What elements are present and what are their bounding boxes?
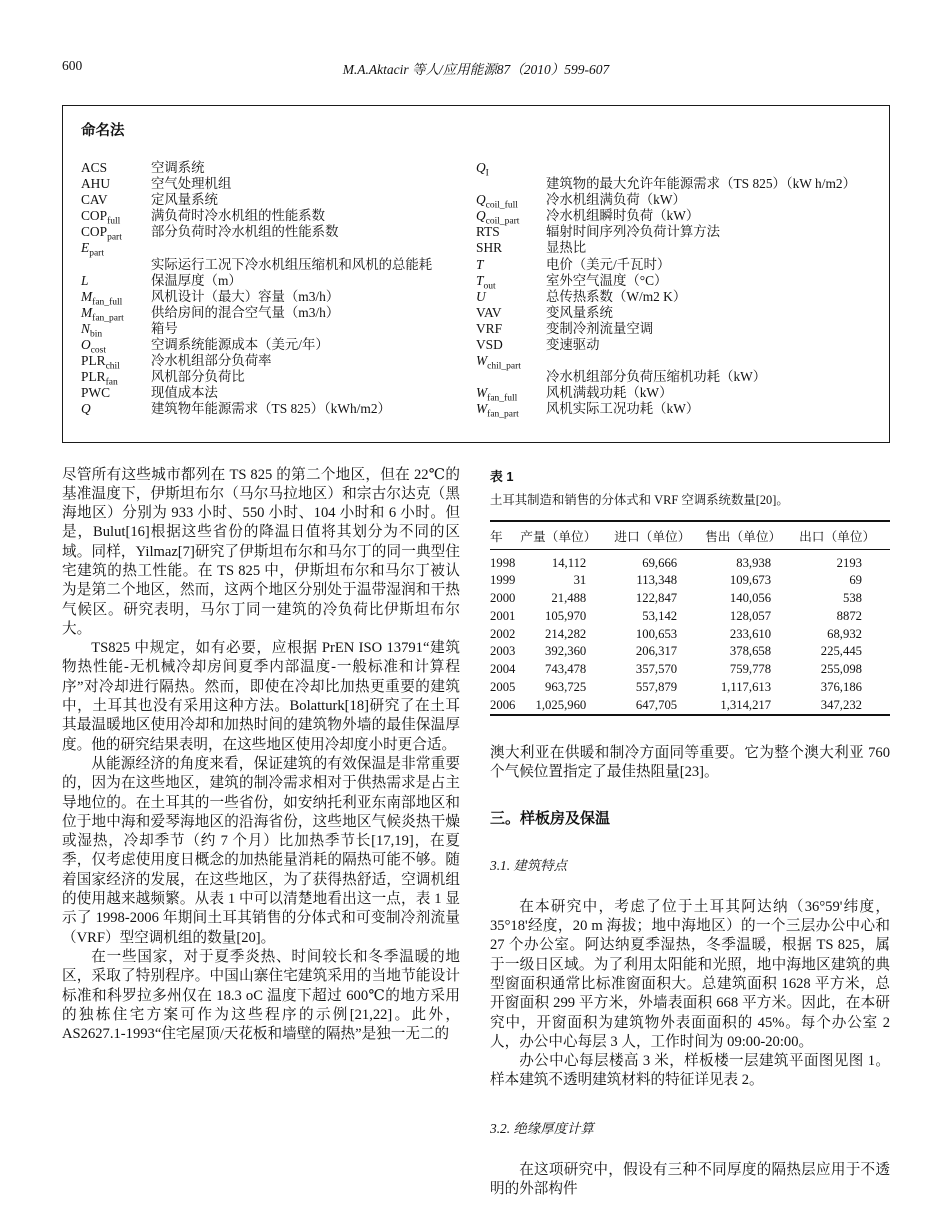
paragraph: TS825 中规定，如有必要，应根据 PrEN ISO 13791“建筑物热性能… (62, 639, 460, 755)
nomenclature-symbol: L (81, 273, 151, 289)
nomenclature-symbol: Nbin (81, 321, 151, 337)
nomenclature-entry: COPfull满负荷时冷水机组的性能系数 (81, 208, 464, 224)
table-row: 199931113,348109,67369 (490, 572, 890, 590)
journal-header: M.A.Aktacir 等人/应用能源87（2010）599-607 (62, 58, 890, 78)
nomenclature-symbol: CAV (81, 192, 151, 208)
nomenclature-entry: VSD变速驱动 (476, 337, 871, 353)
nomenclature-entry: Mfan_part供给房间的混合空气量（m3/h） (81, 305, 464, 321)
table-cell: 31 (520, 572, 614, 590)
nomenclature-symbol: PLRfan (81, 369, 151, 385)
table-cell: 255,098 (799, 661, 890, 679)
table-cell: 53,142 (614, 607, 705, 625)
table-cell: 128,057 (705, 607, 799, 625)
nomenclature-symbol: ACS (81, 160, 151, 176)
ac-sales-table: 年产量（单位）进口（单位）售出（单位）出口（单位） 199814,11269,6… (490, 520, 890, 717)
nomenclature-entry: Wfan_part风机实际工况功耗（kW） (476, 401, 871, 417)
nomenclature-entry: Qcoil_full冷水机组满负荷（kW） (476, 192, 871, 208)
nomenclature-symbol: Epart (81, 240, 151, 256)
nomenclature-definition: 冷水机组瞬时负荷（kW） (546, 208, 871, 224)
table-cell: 8872 (799, 607, 890, 625)
subsection-heading: 3.1. 建筑特点 (490, 855, 890, 874)
nomenclature-definition: 辐射时间序列冷负荷计算方法 (546, 224, 871, 240)
nomenclature-entry: AHU空气处理机组 (81, 176, 464, 192)
nomenclature-symbol: Wfan_part (476, 401, 546, 417)
table-cell: 378,658 (705, 643, 799, 661)
nomenclature-symbol: COPfull (81, 208, 151, 224)
table-cell: 538 (799, 590, 890, 608)
nomenclature-definition: 风机实际工况功耗（kW） (546, 401, 871, 417)
body-right-column: 表 1 土耳其制造和销售的分体式和 VRF 空调系统数量[20]。 年产量（单位… (490, 466, 890, 1200)
table-cell: 963,725 (520, 679, 614, 697)
table-cell: 1998 (490, 549, 520, 572)
nomenclature-symbol: Mfan_part (81, 305, 151, 321)
table-1-label: 表 1 (490, 466, 890, 485)
nomenclature-symbol: Ocost (81, 337, 151, 353)
nomenclature-definition: 箱号 (151, 321, 464, 337)
page-header: 600 M.A.Aktacir 等人/应用能源87（2010）599-607 (62, 0, 890, 78)
table-cell: 83,938 (705, 549, 799, 572)
nomenclature-entry: Tout室外空气温度（°C） (476, 273, 871, 289)
table-cell: 214,282 (520, 625, 614, 643)
table-row: 2004743,478357,570759,778255,098 (490, 661, 890, 679)
nomenclature-definition: 部分负荷时冷水机组的性能系数 (151, 224, 464, 240)
table-cell: 100,653 (614, 625, 705, 643)
table-cell: 140,056 (705, 590, 799, 608)
table-cell: 2004 (490, 661, 520, 679)
nomenclature-symbol: VRF (476, 321, 546, 337)
table-cell: 14,112 (520, 549, 614, 572)
nomenclature-definition: 电价（美元/千瓦时） (546, 257, 871, 273)
nomenclature-entry: PWC现值成本法 (81, 385, 464, 401)
nomenclature-symbol: Qcoil_part (476, 208, 546, 224)
nomenclature-definition: 空气处理机组 (151, 176, 464, 192)
nomenclature-entry: Wfan_full风机满载功耗（kW） (476, 385, 871, 401)
nomenclature-entry: Wchil_part冷水机组部分负荷压缩机功耗（kW） (476, 353, 871, 385)
nomenclature-definition: 定风量系统 (151, 192, 464, 208)
table-cell: 1,025,960 (520, 696, 614, 715)
nomenclature-definition: 空调系统能源成本（美元/年） (151, 337, 464, 353)
nomenclature-definition: 风机满载功耗（kW） (546, 385, 871, 401)
nomenclature-symbol: RTS (476, 224, 546, 240)
table-cell: 2001 (490, 607, 520, 625)
table-cell: 105,970 (520, 607, 614, 625)
nomenclature-symbol: Q (81, 401, 151, 417)
page-number: 600 (62, 58, 82, 74)
table-row: 20061,025,960647,7051,314,217347,232 (490, 696, 890, 715)
nomenclature-symbol: Qcoil_full (476, 192, 546, 208)
subsection-heading: 3.2. 绝缘厚度计算 (490, 1118, 890, 1137)
nomenclature-definition: 变风量系统 (546, 305, 871, 321)
table-header-cell: 产量（单位） (520, 521, 614, 550)
nomenclature-definition: 总传热系数（W/m2 K） (546, 289, 871, 305)
table-row: 2005963,725557,8791,117,613376,186 (490, 679, 890, 697)
table-header-cell: 出口（单位） (799, 521, 890, 550)
nomenclature-entry: Mfan_full风机设计（最大）容量（m3/h） (81, 289, 464, 305)
table-cell: 2193 (799, 549, 890, 572)
table-cell: 109,673 (705, 572, 799, 590)
table-cell: 2005 (490, 679, 520, 697)
nomenclature-entry: U总传热系数（W/m2 K） (476, 289, 871, 305)
table-1-caption: 土耳其制造和销售的分体式和 VRF 空调系统数量[20]。 (490, 490, 890, 508)
table-cell: 69,666 (614, 549, 705, 572)
nomenclature-definition: 空调系统 (151, 160, 464, 176)
table-row: 200021,488122,847140,056538 (490, 590, 890, 608)
nomenclature-definition: 风机部分负荷比 (151, 369, 464, 385)
paragraph: 尽管所有这些城市都列在 TS 825 的第二个地区，但在 22℃的基准温度下，伊… (62, 466, 460, 640)
nomenclature-entry: Epart实际运行工况下冷水机组压缩机和风机的总能耗 (81, 240, 464, 272)
paragraph: 在本研究中，考虑了位于土耳其阿达纳（36°59'纬度，35°18'经度，20 m… (490, 898, 890, 1052)
nomenclature-definition: 保温厚度（m） (151, 273, 464, 289)
table-header-cell: 年 (490, 521, 520, 550)
nomenclature-entry: Ocost空调系统能源成本（美元/年） (81, 337, 464, 353)
table-cell: 113,348 (614, 572, 705, 590)
table-cell: 225,445 (799, 643, 890, 661)
table-cell: 647,705 (614, 696, 705, 715)
nomenclature-symbol: U (476, 289, 546, 305)
nomenclature-definition: 冷水机组部分负荷率 (151, 353, 464, 369)
table-header-cell: 售出（单位） (705, 521, 799, 550)
nomenclature-symbol: Wchil_part (476, 353, 546, 369)
nomenclature-symbol: Mfan_full (81, 289, 151, 305)
table-cell: 759,778 (705, 661, 799, 679)
paragraph: 在一些国家，对于夏季炎热、时间较长和冬季温暖的地区，采取了特别程序。中国山寨住宅… (62, 948, 460, 1044)
nomenclature-symbol: COPpart (81, 224, 151, 240)
nomenclature-entry: VAV变风量系统 (476, 305, 871, 321)
nomenclature-symbol: PLRchil (81, 353, 151, 369)
nomenclature-columns: ACS空调系统AHU空气处理机组CAV定风量系统COPfull满负荷时冷水机组的… (81, 160, 871, 418)
nomenclature-definition: 显热比 (546, 240, 871, 256)
nomenclature-entry: ACS空调系统 (81, 160, 464, 176)
body-left-column: 尽管所有这些城市都列在 TS 825 的第二个地区，但在 22℃的基准温度下，伊… (62, 466, 460, 1200)
nomenclature-definition: 室外空气温度（°C） (546, 273, 871, 289)
table-cell: 2002 (490, 625, 520, 643)
table-row: 2003392,360206,317378,658225,445 (490, 643, 890, 661)
document-page: 600 M.A.Aktacir 等人/应用能源87（2010）599-607 命… (0, 0, 952, 1232)
nomenclature-entry: COPpart部分负荷时冷水机组的性能系数 (81, 224, 464, 240)
nomenclature-definition: 实际运行工况下冷水机组压缩机和风机的总能耗 (81, 257, 464, 273)
nomenclature-symbol: SHR (476, 240, 546, 256)
nomenclature-entry: VRF变制冷剂流量空调 (476, 321, 871, 337)
nomenclature-box: 命名法 ACS空调系统AHU空气处理机组CAV定风量系统COPfull满负荷时冷… (62, 105, 890, 443)
table-cell: 2003 (490, 643, 520, 661)
table-cell: 2006 (490, 696, 520, 715)
nomenclature-left-column: ACS空调系统AHU空气处理机组CAV定风量系统COPfull满负荷时冷水机组的… (81, 160, 476, 418)
nomenclature-definition: 风机设计（最大）容量（m3/h） (151, 289, 464, 305)
nomenclature-definition: 供给房间的混合空气量（m3/h） (151, 305, 464, 321)
table-row: 2001105,97053,142128,0578872 (490, 607, 890, 625)
table-cell: 376,186 (799, 679, 890, 697)
paragraph: 澳大利亚在供暖和制冷方面同等重要。它为整个澳大利亚 760 个气候位置指定了最佳… (490, 744, 890, 783)
table-cell: 557,879 (614, 679, 705, 697)
table-head: 年产量（单位）进口（单位）售出（单位）出口（单位） (490, 521, 890, 550)
nomenclature-definition: 现值成本法 (151, 385, 464, 401)
nomenclature-entry: L保温厚度（m） (81, 273, 464, 289)
table-cell: 21,488 (520, 590, 614, 608)
nomenclature-symbol: PWC (81, 385, 151, 401)
nomenclature-symbol: Tout (476, 273, 546, 289)
table-cell: 347,232 (799, 696, 890, 715)
nomenclature-entry: PLRfan风机部分负荷比 (81, 369, 464, 385)
nomenclature-entry: SHR显热比 (476, 240, 871, 256)
nomenclature-right-column: QI建筑物的最大允许年能源需求（TS 825）（kW h/m2）Qcoil_fu… (476, 160, 871, 418)
nomenclature-symbol: QI (476, 160, 546, 176)
nomenclature-definition: 满负荷时冷水机组的性能系数 (151, 208, 464, 224)
table-cell: 392,360 (520, 643, 614, 661)
table-cell: 69 (799, 572, 890, 590)
table-body: 199814,11269,66683,9382193199931113,3481… (490, 549, 890, 715)
nomenclature-symbol: VSD (476, 337, 546, 353)
nomenclature-entry: T电价（美元/千瓦时） (476, 257, 871, 273)
table-cell: 122,847 (614, 590, 705, 608)
nomenclature-definition: 建筑物的最大允许年能源需求（TS 825）（kW h/m2） (476, 176, 871, 192)
nomenclature-title: 命名法 (81, 119, 871, 140)
nomenclature-entry: Q建筑物年能源需求（TS 825）（kWh/m2） (81, 401, 464, 417)
nomenclature-symbol: Wfan_full (476, 385, 546, 401)
nomenclature-symbol: T (476, 257, 546, 273)
table-header-cell: 进口（单位） (614, 521, 705, 550)
nomenclature-definition: 冷水机组满负荷（kW） (546, 192, 871, 208)
table-cell: 743,478 (520, 661, 614, 679)
nomenclature-definition: 建筑物年能源需求（TS 825）（kWh/m2） (151, 401, 464, 417)
table-1-block: 表 1 土耳其制造和销售的分体式和 VRF 空调系统数量[20]。 年产量（单位… (490, 466, 890, 717)
nomenclature-entry: QI建筑物的最大允许年能源需求（TS 825）（kW h/m2） (476, 160, 871, 192)
table-cell: 2000 (490, 590, 520, 608)
table-cell: 233,610 (705, 625, 799, 643)
paragraph: 在这项研究中，假设有三种不同厚度的隔热层应用于不透明的外部构件 (490, 1161, 890, 1200)
nomenclature-definition: 变制冷剂流量空调 (546, 321, 871, 337)
nomenclature-entry: Nbin箱号 (81, 321, 464, 337)
body-columns: 尽管所有这些城市都列在 TS 825 的第二个地区，但在 22℃的基准温度下，伊… (62, 466, 890, 1200)
table-row: 199814,11269,66683,9382193 (490, 549, 890, 572)
table-cell: 206,317 (614, 643, 705, 661)
nomenclature-definition: 变速驱动 (546, 337, 871, 353)
section-heading: 三。样板房及保温 (490, 807, 890, 828)
nomenclature-entry: PLRchil冷水机组部分负荷率 (81, 353, 464, 369)
nomenclature-symbol: VAV (476, 305, 546, 321)
nomenclature-symbol: AHU (81, 176, 151, 192)
table-cell: 1999 (490, 572, 520, 590)
nomenclature-entry: Qcoil_part冷水机组瞬时负荷（kW） (476, 208, 871, 224)
nomenclature-definition: 冷水机组部分负荷压缩机功耗（kW） (476, 369, 871, 385)
nomenclature-entry: RTS辐射时间序列冷负荷计算方法 (476, 224, 871, 240)
table-cell: 68,932 (799, 625, 890, 643)
paragraph: 办公中心每层楼高 3 米，样板楼一层建筑平面图见图 1。样本建筑不透明建筑材料的… (490, 1052, 890, 1091)
table-row: 2002214,282100,653233,61068,932 (490, 625, 890, 643)
nomenclature-entry: CAV定风量系统 (81, 192, 464, 208)
table-cell: 1,314,217 (705, 696, 799, 715)
table-cell: 357,570 (614, 661, 705, 679)
paragraph: 从能源经济的角度来看，保证建筑的有效保温是非常重要的，因为在这些地区，建筑的制冷… (62, 755, 460, 948)
table-cell: 1,117,613 (705, 679, 799, 697)
